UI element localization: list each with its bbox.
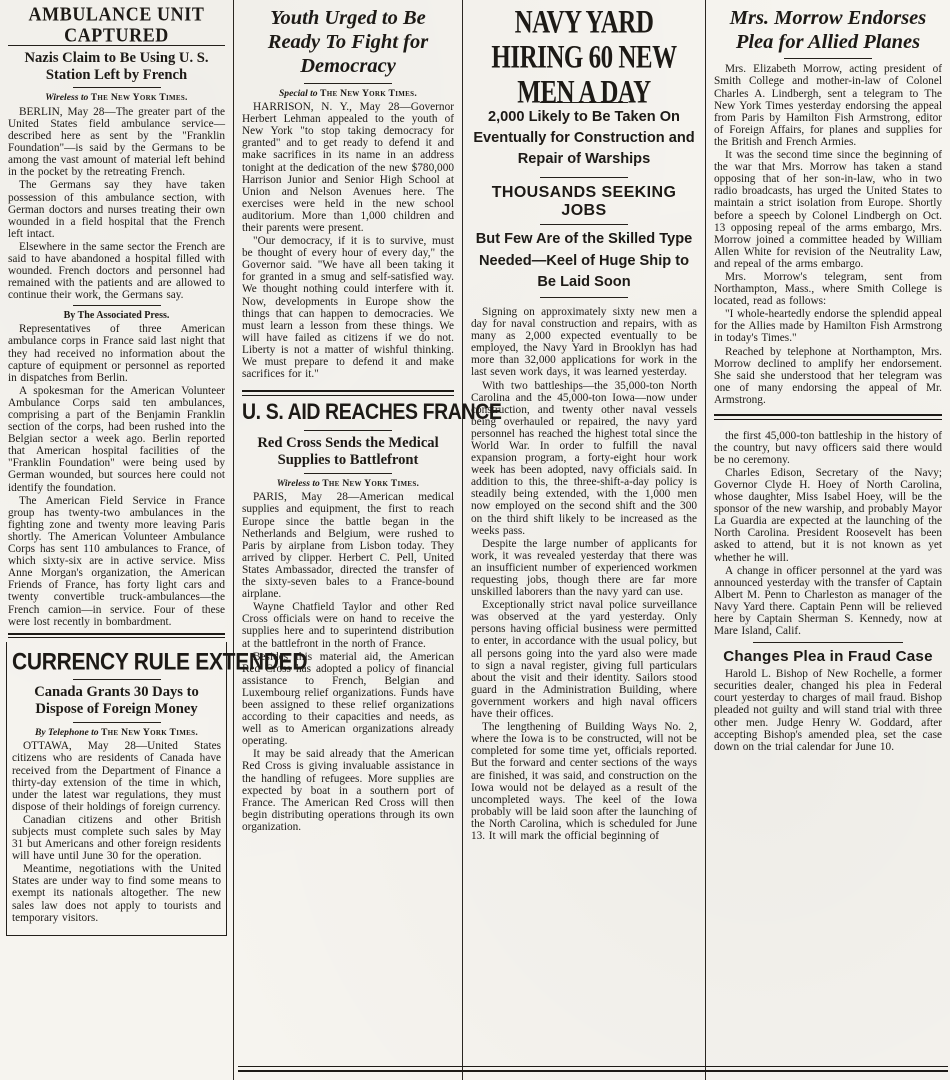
article-fraud: Changes Plea in Fraud Case Harold L. Bis… bbox=[714, 648, 942, 753]
article-paragraph: It may be said already that the American… bbox=[242, 748, 454, 833]
divider bbox=[304, 430, 392, 431]
article-paragraph: Meantime, negotiations with the United S… bbox=[12, 863, 221, 923]
usaid-headline: U. S. AID REACHES FRANCE bbox=[242, 402, 454, 424]
usaid-subhead: Red Cross Sends the Medical Supplies to … bbox=[244, 435, 452, 469]
ambulance-headline: AMBULANCE UNIT CAPTURED bbox=[8, 4, 225, 46]
currency-headline: CURRENCY RULE EXTENDED bbox=[12, 650, 221, 674]
divider bbox=[73, 722, 161, 723]
column-4: Mrs. Morrow Endorses Plea for Allied Pla… bbox=[706, 0, 950, 1080]
divider bbox=[784, 58, 872, 59]
byline-prefix: Special to bbox=[279, 88, 318, 99]
page-bottom-rule bbox=[238, 1066, 948, 1072]
divider-double bbox=[8, 633, 225, 639]
article-paragraph: Wayne Chatfield Taylor and other Red Cro… bbox=[242, 601, 454, 649]
navy-deck-3: But Few Are of the Skilled Type Needed—K… bbox=[471, 229, 697, 292]
article-paragraph: Reached by telephone at Northampton, Mrs… bbox=[714, 346, 942, 406]
article-paragraph: It was the second time since the beginni… bbox=[714, 149, 942, 270]
usaid-byline: Wireless to The New York Times. bbox=[242, 478, 454, 490]
navy-deck-2: THOUSANDS SEEKING JOBS bbox=[471, 184, 697, 220]
byline-prefix: By Telephone to bbox=[35, 727, 99, 738]
column-1: AMBULANCE UNIT CAPTURED Nazis Claim to B… bbox=[0, 0, 233, 1080]
ambulance-byline: Wireless to The New York Times. bbox=[8, 92, 225, 104]
ambulance-byline-ap: By The Associated Press. bbox=[8, 310, 225, 321]
article-youth: Youth Urged to Be Ready To Fight for Dem… bbox=[242, 6, 454, 380]
article-paragraph: Harold L. Bishop of New Rochelle, a form… bbox=[714, 668, 942, 753]
article-paragraph: Despite the large number of applicants f… bbox=[471, 538, 697, 598]
article-paragraph: "Our democracy, if it is to survive, mus… bbox=[242, 235, 454, 380]
article-paragraph: BERLIN, May 28—The greater part of the U… bbox=[8, 106, 225, 179]
article-paragraph: Mrs. Elizabeth Morrow, acting president … bbox=[714, 63, 942, 148]
article-paragraph: A change in officer personnel at the yar… bbox=[714, 565, 942, 638]
navy-deck-1: 2,000 Likely to Be Taken On Eventually f… bbox=[471, 107, 697, 170]
article-paragraph: Elsewhere in the same sector the French … bbox=[8, 241, 225, 301]
article-paragraph: The lengthening of Building Ways No. 2, … bbox=[471, 721, 697, 842]
youth-headline: Youth Urged to Be Ready To Fight for Dem… bbox=[242, 6, 454, 79]
article-morrow: Mrs. Morrow Endorses Plea for Allied Pla… bbox=[714, 6, 942, 406]
article-navy: NAVY YARD HIRING 60 NEW MEN A DAY 2,000 … bbox=[471, 5, 697, 842]
article-usaid: U. S. AID REACHES FRANCE Red Cross Sends… bbox=[242, 402, 454, 833]
article-paragraph: Signing on approximately sixty new men a… bbox=[471, 306, 697, 379]
byline-paper: The New York Times. bbox=[101, 727, 198, 738]
navy-headline: NAVY YARD HIRING 60 NEW MEN A DAY bbox=[471, 5, 697, 110]
newspaper-page: AMBULANCE UNIT CAPTURED Nazis Claim to B… bbox=[0, 0, 950, 1080]
article-paragraph: OTTAWA, May 28—United States citizens wh… bbox=[12, 740, 221, 813]
byline-prefix: Wireless to bbox=[277, 478, 320, 489]
byline-paper: The New York Times. bbox=[322, 478, 419, 489]
article-paragraph: the first 45,000-ton battleship in the h… bbox=[714, 430, 942, 466]
article-paragraph: Representatives of three American ambula… bbox=[8, 323, 225, 383]
article-paragraph: The American Field Service in France gro… bbox=[8, 495, 225, 628]
currency-subhead: Canada Grants 30 Days to Dispose of Fore… bbox=[14, 684, 219, 718]
currency-byline: By Telephone to The New York Times. bbox=[12, 727, 221, 739]
article-navy-continued: the first 45,000-ton battleship in the h… bbox=[714, 430, 942, 638]
divider bbox=[540, 177, 628, 178]
article-paragraph: HARRISON, N. Y., May 28—Governor Herbert… bbox=[242, 101, 454, 234]
article-paragraph: Canadian citizens and other British subj… bbox=[12, 814, 221, 862]
column-3: NAVY YARD HIRING 60 NEW MEN A DAY 2,000 … bbox=[463, 0, 706, 1080]
divider bbox=[753, 642, 903, 643]
divider bbox=[540, 297, 628, 298]
article-paragraph: PARIS, May 28—American medical supplies … bbox=[242, 491, 454, 600]
ambulance-subhead: Nazis Claim to Be Using U. S. Station Le… bbox=[10, 50, 223, 84]
article-paragraph: With two battleships—the 35,000-ton Nort… bbox=[471, 380, 697, 537]
article-paragraph: Mrs. Morrow's telegram, sent from Northa… bbox=[714, 271, 942, 307]
byline-prefix: Wireless to bbox=[45, 92, 88, 103]
youth-byline: Special to The New York Times. bbox=[242, 88, 454, 100]
morrow-headline: Mrs. Morrow Endorses Plea for Allied Pla… bbox=[714, 6, 942, 54]
article-paragraph: "I whole-heartedly endorse the splendid … bbox=[714, 308, 942, 344]
divider-double bbox=[242, 390, 454, 396]
article-ambulance: AMBULANCE UNIT CAPTURED Nazis Claim to B… bbox=[8, 4, 225, 628]
divider bbox=[73, 87, 161, 88]
divider bbox=[73, 679, 161, 680]
column-2: Youth Urged to Be Ready To Fight for Dem… bbox=[233, 0, 463, 1080]
divider bbox=[304, 83, 392, 84]
fraud-headline: Changes Plea in Fraud Case bbox=[714, 648, 942, 665]
article-currency: CURRENCY RULE EXTENDED Canada Grants 30 … bbox=[6, 642, 227, 935]
article-paragraph: Exceptionally strict naval police survei… bbox=[471, 599, 697, 720]
article-paragraph: A spokesman for the American Volunteer A… bbox=[8, 385, 225, 494]
byline-paper: The New York Times. bbox=[320, 88, 417, 99]
divider bbox=[304, 473, 392, 474]
article-paragraph: The Germans say they have taken possessi… bbox=[8, 179, 225, 239]
byline-paper: The New York Times. bbox=[91, 92, 188, 103]
divider bbox=[73, 305, 161, 306]
divider-double bbox=[714, 414, 942, 420]
article-paragraph: Charles Edison, Secretary of the Navy; G… bbox=[714, 467, 942, 564]
divider bbox=[540, 224, 628, 225]
